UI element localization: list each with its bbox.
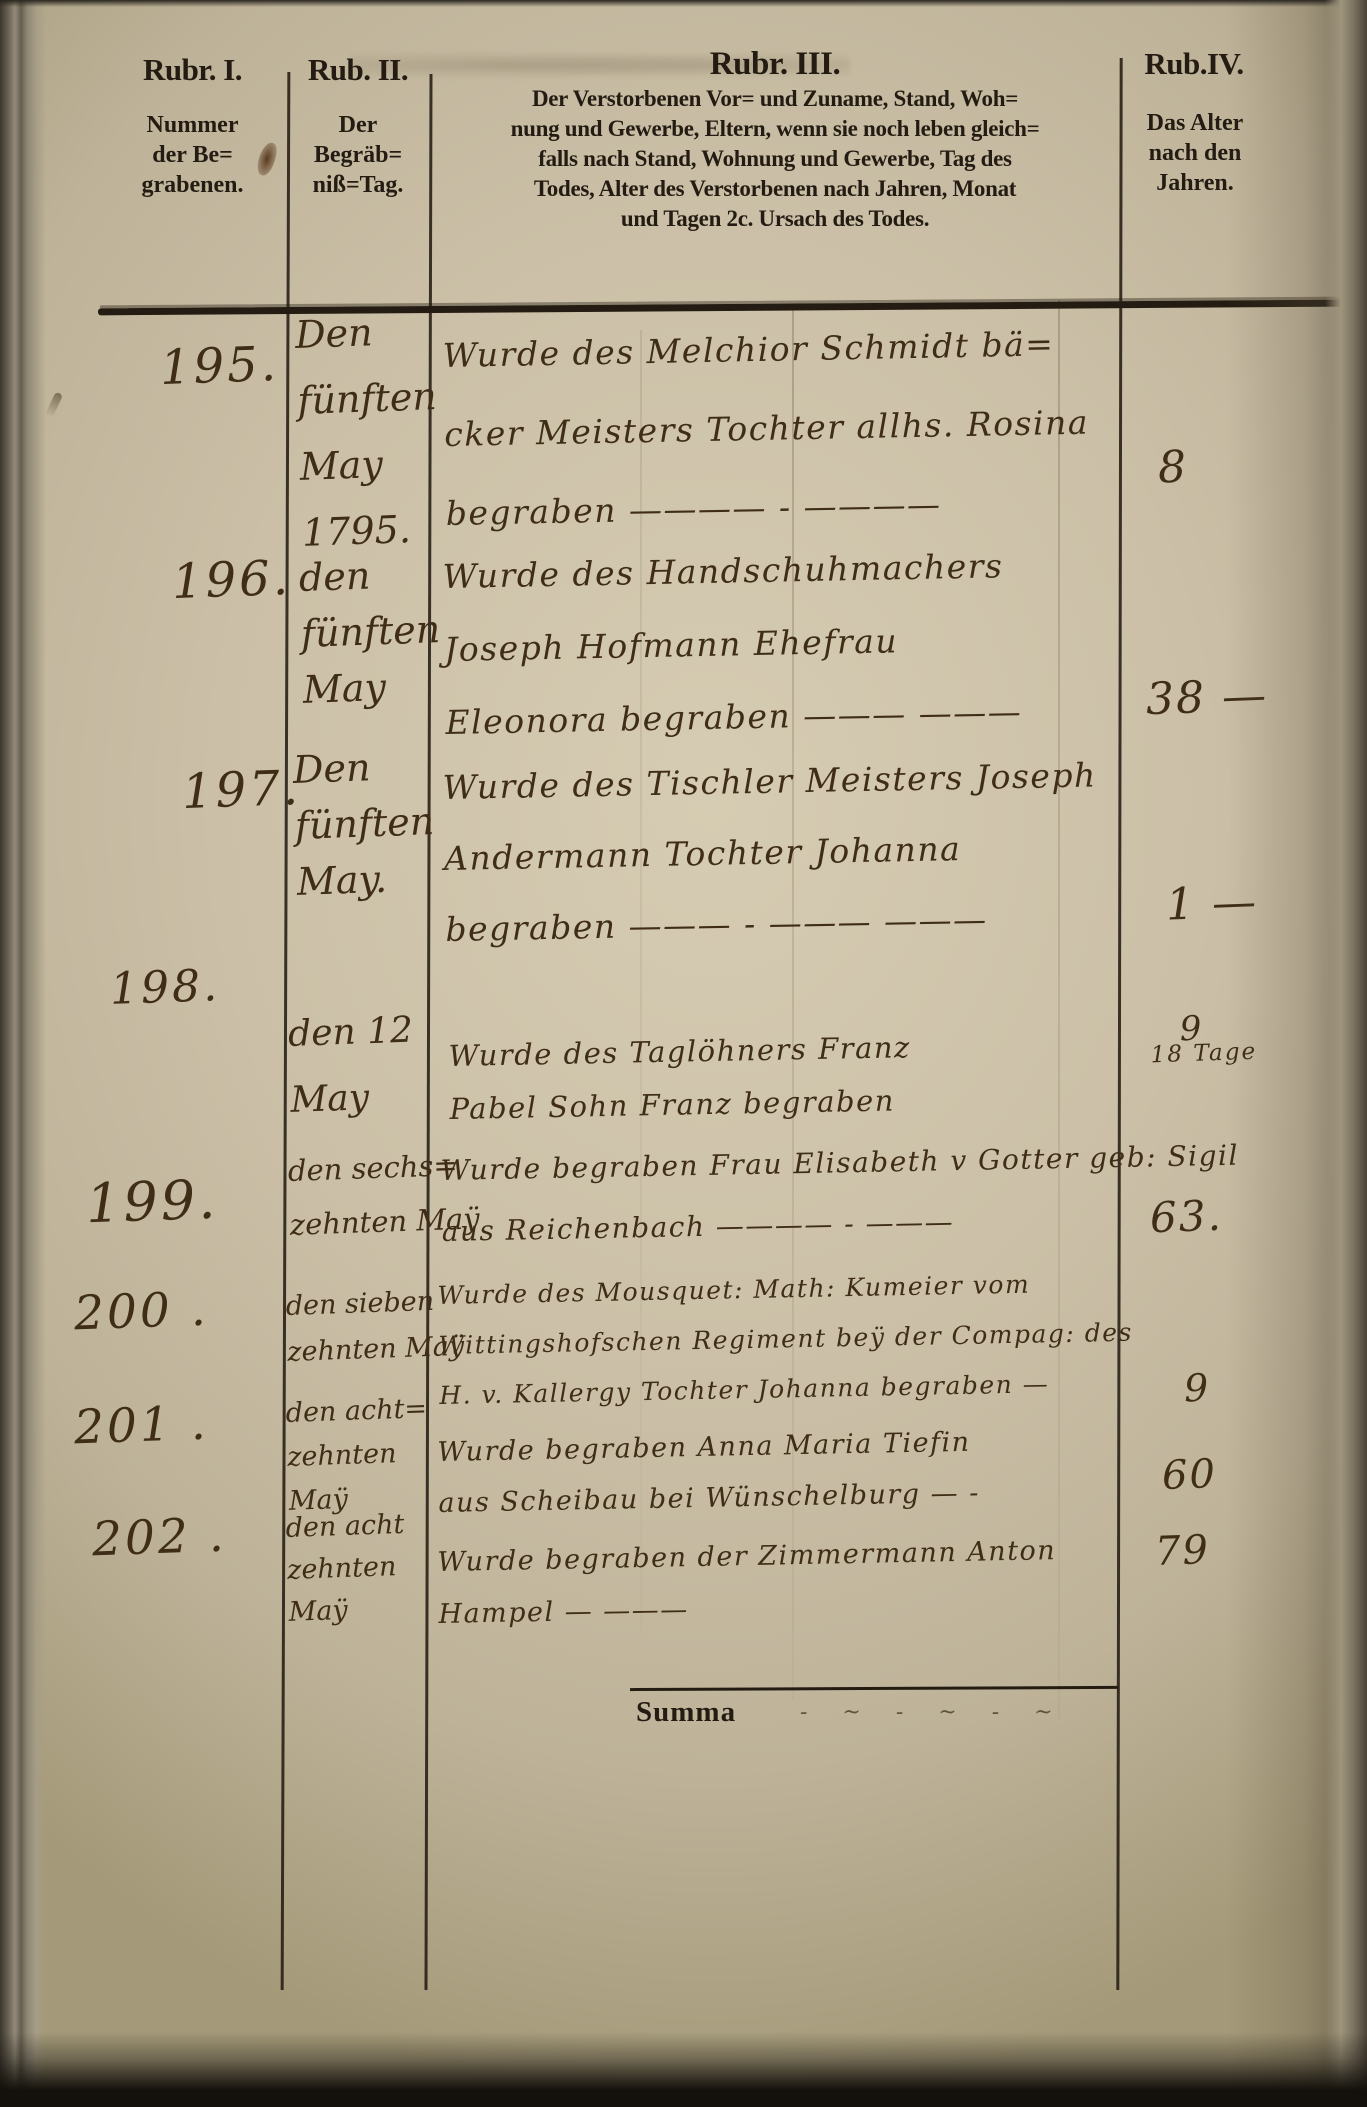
record-text-line: Wurde des Melchior Schmidt bä= bbox=[442, 304, 1088, 395]
rubric-3-title: Rubr. III. bbox=[432, 46, 1118, 83]
column-1-label-line: der Be= bbox=[100, 140, 285, 170]
entry-number: 198. bbox=[109, 960, 221, 1015]
record-text-line: Wurde des Taglöhners Franz bbox=[448, 1021, 911, 1083]
entry-number: 197. bbox=[181, 760, 302, 820]
burial-date-line: May bbox=[299, 429, 441, 500]
entry-record-text: Wurde begraben der Zimmermann AntonHampe… bbox=[437, 1525, 1058, 1641]
entry-record-text: Wurde begraben Frau Elisabeth v Gotter g… bbox=[440, 1125, 1241, 1262]
entry-burial-date: den 12May bbox=[287, 998, 416, 1134]
rubric-1-title: Rubr. I. bbox=[100, 52, 285, 88]
column-2-label-line: Der bbox=[288, 110, 428, 140]
entry-burial-date: denfünftenMay bbox=[298, 545, 443, 718]
entry-number: 196. bbox=[171, 550, 292, 610]
entry-record-text: Wurde begraben Anna Maria Tiefinaus Sche… bbox=[437, 1417, 980, 1529]
column-2-label-line: niß=Tag. bbox=[288, 170, 428, 200]
column-3-description-line: Der Verstorbenen Vor= und Zuname, Stand,… bbox=[432, 84, 1118, 114]
entry-burial-date: DenfünftenMay. bbox=[292, 737, 437, 910]
column-2-label-line: Begräb= bbox=[288, 140, 428, 170]
entry-age: 63. bbox=[1149, 1191, 1223, 1243]
record-text-line: aus Scheibau bei Wünschelburg — - bbox=[438, 1468, 980, 1529]
entry-age-value: 9 bbox=[1183, 1366, 1211, 1411]
entry-burial-date: den achtzehntenMaÿ bbox=[285, 1504, 408, 1634]
column-3-description: Der Verstorbenen Vor= und Zuname, Stand,… bbox=[432, 84, 1118, 234]
record-text-line: Andermann Tochter Johanna bbox=[443, 810, 1098, 894]
burial-date-line: Maÿ bbox=[288, 1588, 408, 1634]
entry-age: 79 bbox=[1154, 1527, 1210, 1575]
burial-date-line: fünften bbox=[294, 793, 435, 854]
burial-date-line: den bbox=[298, 545, 439, 606]
burial-date-line: den acht= bbox=[285, 1387, 428, 1436]
summa-label: Summa bbox=[636, 1696, 736, 1729]
burial-date-line: May bbox=[302, 657, 443, 718]
entry-record-text: Wurde des HandschuhmachersJoseph Hofmann… bbox=[442, 529, 1023, 759]
burial-date-line: fünften bbox=[296, 363, 438, 434]
entry-record-text: Wurde des Melchior Schmidt bä=cker Meist… bbox=[442, 304, 1091, 553]
entry-number: 201 . bbox=[73, 1396, 209, 1456]
record-text-line: Joseph Hofmann Ehefrau bbox=[443, 602, 1021, 686]
entry-number: 200 . bbox=[73, 1282, 209, 1342]
entry-age-value: 8 bbox=[1157, 441, 1189, 493]
summa-dashes: - ~ - ~ - ~ bbox=[800, 1700, 1120, 1725]
burial-date-line: Den bbox=[292, 737, 433, 798]
record-text-line: begraben ——— - ——— ——— bbox=[445, 881, 1100, 965]
entry-record-text: Wurde des Taglöhners FranzPabel Sohn Fra… bbox=[448, 1021, 912, 1136]
column-3-description-line: und Tagen 2c. Ursach des Todes. bbox=[432, 204, 1118, 234]
burial-date-line: fünften bbox=[300, 601, 441, 662]
register-page: Rubr. I. Rub. II. Rubr. III. Rub.IV. Num… bbox=[0, 0, 1367, 2107]
entry-number: 199. bbox=[85, 1168, 219, 1236]
record-text-line: Wurde des Tischler Meisters Joseph bbox=[442, 739, 1097, 823]
scan-edge-right bbox=[1325, 0, 1367, 2107]
column-3-description-line: falls nach Stand, Wohnung und Gewerbe, T… bbox=[432, 144, 1118, 174]
column-1-label-line: grabenen. bbox=[100, 170, 285, 200]
column-2-label: Der Begräb= niß=Tag. bbox=[288, 110, 428, 200]
entry-age-value: 63. bbox=[1149, 1191, 1223, 1243]
column-3-description-line: Todes, Alter des Verstorbenen nach Jahre… bbox=[432, 174, 1118, 204]
burial-date-line: zehnten bbox=[286, 1546, 406, 1592]
entry-age: 9 bbox=[1183, 1366, 1211, 1411]
burial-date-line: May bbox=[289, 1064, 416, 1134]
entry-age: 8 bbox=[1157, 441, 1189, 493]
entry-record-text: Wurde des Mousquet: Math: Kumeier vomWit… bbox=[437, 1258, 1134, 1421]
entry-age-value: 79 bbox=[1154, 1527, 1210, 1575]
entry-burial-date: DenfünftenMay1795. bbox=[294, 297, 442, 566]
column-1-label-line: Nummer bbox=[100, 110, 285, 140]
entry-age: 60 bbox=[1161, 1451, 1217, 1499]
book-edge-left bbox=[0, 0, 46, 2107]
record-text-line: Pabel Sohn Franz begraben bbox=[449, 1074, 912, 1136]
entry-record-text: Wurde des Tischler Meisters JosephAnderm… bbox=[442, 739, 1100, 965]
burial-date-line: zehnten bbox=[287, 1431, 430, 1480]
scan-edge-bottom bbox=[0, 2032, 1367, 2107]
scan-edge-top bbox=[0, 0, 1367, 7]
entry-number: 202 . bbox=[91, 1508, 227, 1568]
burial-date-line: May. bbox=[296, 849, 437, 910]
record-text-line: Wurde des Handschuhmachers bbox=[442, 529, 1020, 613]
record-text-line: cker Meisters Tochter allhs. Rosina bbox=[444, 383, 1090, 474]
entry-number: 195. bbox=[159, 336, 280, 396]
burial-date-line: Den bbox=[294, 297, 436, 368]
column-3-description-line: nung und Gewerbe, Eltern, wenn sie noch … bbox=[432, 114, 1118, 144]
rubric-2-title: Rub. II. bbox=[288, 52, 428, 88]
entry-age-value: 60 bbox=[1161, 1451, 1217, 1499]
burial-date-line: den 12 bbox=[287, 998, 414, 1068]
burial-date-line: den acht bbox=[285, 1504, 405, 1550]
column-1-label: Nummer der Be= grabenen. bbox=[100, 110, 285, 200]
entry-burial-date: den acht=zehntenMaÿ bbox=[285, 1387, 431, 1524]
